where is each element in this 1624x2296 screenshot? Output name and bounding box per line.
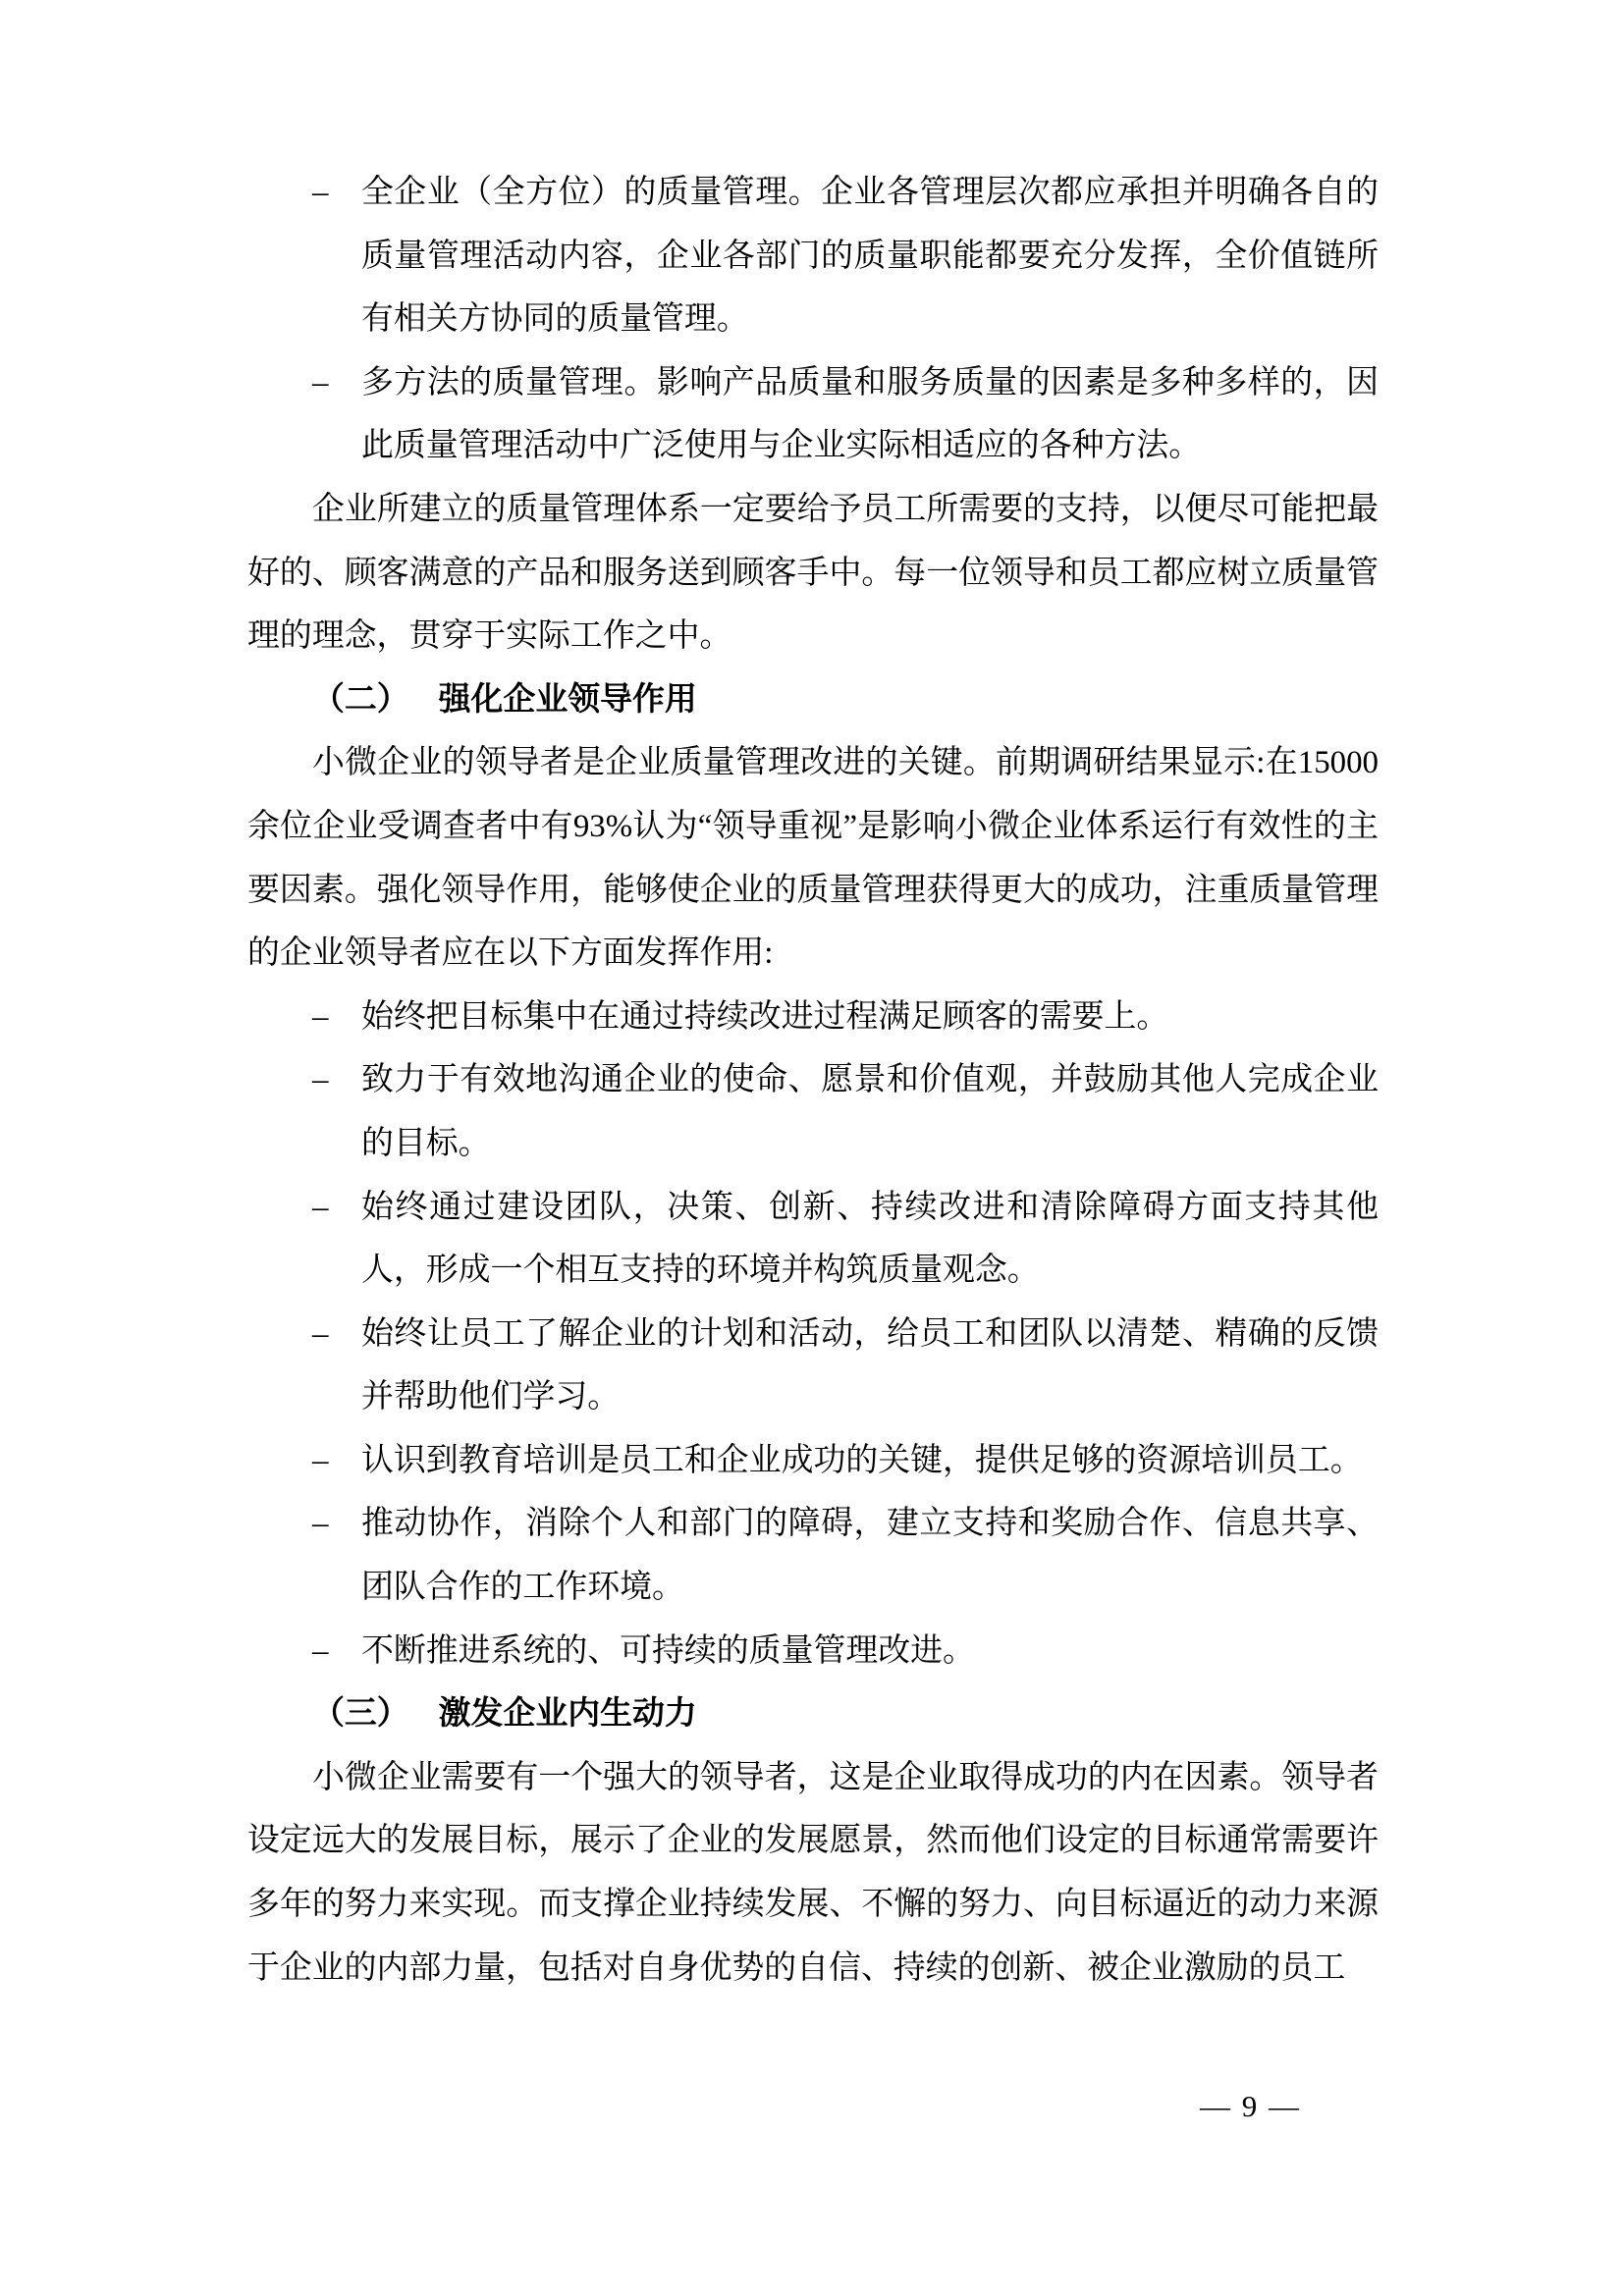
bullet-dash-icon: –: [312, 1492, 328, 1556]
list-item: – 认识到教育培训是员工和企业成功的关键，提供足够的资源培训员工。: [247, 1429, 1379, 1493]
list-item: – 不断推进系统的、可持续的质量管理改进。: [247, 1620, 1379, 1683]
bullet-dash-icon: –: [312, 1176, 328, 1240]
page-number: — 9 —: [1200, 2085, 1301, 2128]
list-item: – 始终让员工了解企业的计划和活动，给员工和团队以清楚、精确的反馈并帮助他们学习…: [247, 1303, 1379, 1429]
bullet-dash-icon: –: [312, 1429, 328, 1493]
section-heading-title: 强化企业领导作用: [439, 682, 697, 718]
body-paragraph: 小微企业需要有一个强大的领导者，这是企业取得成功的内在因素。领导者设定远大的发展…: [247, 1746, 1379, 2000]
section-heading-number: （三）: [312, 1696, 409, 1732]
list-item-text: 始终把目标集中在通过持续改进过程满足顾客的需要上。: [361, 999, 1168, 1035]
list-item: – 始终把目标集中在通过持续改进过程满足顾客的需要上。: [247, 986, 1379, 1049]
bullet-dash-icon: –: [312, 1620, 328, 1683]
document-body: – 全企业（全方位）的质量管理。企业各管理层次都应承担并明确各自的质量管理活动内…: [247, 161, 1379, 2000]
list-item: – 致力于有效地沟通企业的使命、愿景和价值观，并鼓励其他人完成企业的目标。: [247, 1048, 1379, 1175]
bullet-dash-icon: –: [312, 351, 328, 415]
list-item-text: 始终通过建设团队，决策、创新、持续改进和清除障碍方面支持其他人，形成一个相互支持…: [361, 1190, 1379, 1289]
bullet-dash-icon: –: [312, 986, 328, 1049]
list-item-text: 全企业（全方位）的质量管理。企业各管理层次都应承担并明确各自的质量管理活动内容，…: [361, 175, 1379, 337]
section-heading-2: （二）强化企业领导作用: [247, 668, 1379, 732]
list-item: – 推动协作，消除个人和部门的障碍，建立支持和奖励合作、信息共享、团队合作的工作…: [247, 1492, 1379, 1619]
list-item: – 全企业（全方位）的质量管理。企业各管理层次都应承担并明确各自的质量管理活动内…: [247, 161, 1379, 351]
bullet-dash-icon: –: [312, 161, 328, 225]
bullet-dash-icon: –: [312, 1303, 328, 1366]
body-paragraph: 企业所建立的质量管理体系一定要给予员工所需要的支持，以便尽可能把最好的、顾客满意…: [247, 478, 1379, 668]
list-item-text: 多方法的质量管理。影响产品质量和服务质量的因素是多种多样的，因此质量管理活动中广…: [361, 365, 1379, 464]
section-heading-number: （二）: [312, 682, 409, 718]
list-item-text: 致力于有效地沟通企业的使命、愿景和价值观，并鼓励其他人完成企业的目标。: [361, 1062, 1379, 1161]
list-item-text: 推动协作，消除个人和部门的障碍，建立支持和奖励合作、信息共享、团队合作的工作环境…: [361, 1506, 1379, 1605]
section-heading-3: （三）激发企业内生动力: [247, 1682, 1379, 1746]
bullet-dash-icon: –: [312, 1048, 328, 1112]
list-item-text: 不断推进系统的、可持续的质量管理改进。: [361, 1633, 975, 1669]
list-item-text: 始终让员工了解企业的计划和活动，给员工和团队以清楚、精确的反馈并帮助他们学习。: [361, 1316, 1379, 1415]
list-item: – 始终通过建设团队，决策、创新、持续改进和清除障碍方面支持其他人，形成一个相互…: [247, 1176, 1379, 1303]
section-heading-title: 激发企业内生动力: [439, 1696, 697, 1732]
list-item-text: 认识到教育培训是员工和企业成功的关键，提供足够的资源培训员工。: [361, 1443, 1363, 1478]
document-page: – 全企业（全方位）的质量管理。企业各管理层次都应承担并明确各自的质量管理活动内…: [0, 0, 1624, 2296]
body-paragraph: 小微企业的领导者是企业质量管理改进的关键。前期调研结果显示:在15000余位企业…: [247, 731, 1379, 985]
list-item: – 多方法的质量管理。影响产品质量和服务质量的因素是多种多样的，因此质量管理活动…: [247, 351, 1379, 478]
